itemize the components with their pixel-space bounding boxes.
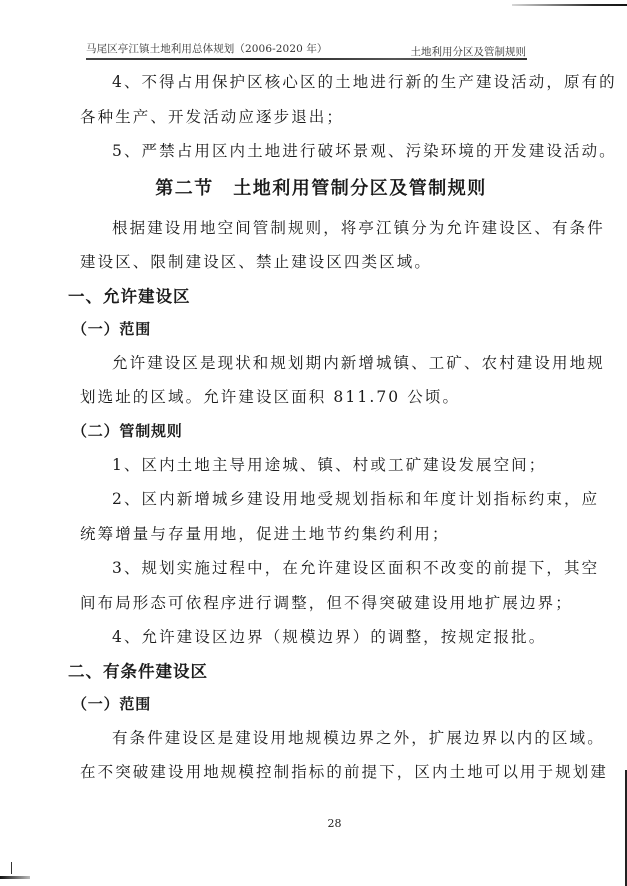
zone1-scope-line2: 划选址的区域。允许建设区面积 811.70 公顷。 xyxy=(80,380,550,415)
paragraph-item-5: 5、严禁占用区内土地进行破坏景观、污染环境的开发建设活动。 xyxy=(80,134,550,169)
zone2-scope-line1: 有条件建设区是建设用地规模边界之外，扩展边界以内的区域。 xyxy=(80,721,550,756)
zone1-rules-heading: （二）管制规则 xyxy=(72,415,550,448)
scan-artifact-bottom xyxy=(0,876,30,879)
zone1-scope-line1: 允许建设区是现状和规划期内新增城镇、工矿、农村建设用地规 xyxy=(80,346,550,381)
zone2-scope-line2: 在不突破建设用地规模控制指标的前提下，区内土地可以用于规划建 xyxy=(80,755,550,790)
zone1-rule-3-line1: 3、规划实施过程中，在允许建设区面积不改变的前提下，其空 xyxy=(80,551,550,586)
page-number: 28 xyxy=(0,817,627,830)
zone1-rule-3-line2: 间布局形态可依程序进行调整，但不得突破建设用地扩展边界； xyxy=(80,586,550,621)
document-title: 马尾区亭江镇土地利用总体规划（2006-2020 年） xyxy=(86,41,328,56)
zone2-heading: 二、有条件建设区 xyxy=(68,655,550,688)
paragraph-item-4-line2: 各种生产、开发活动应逐步退出； xyxy=(80,100,550,135)
paragraph-item-4-line1: 4、不得占用保护区核心区的土地进行新的生产建设活动，原有的 xyxy=(80,65,550,100)
zone1-rule-1: 1、区内土地主导用途城、镇、村或工矿建设发展空间； xyxy=(80,448,550,483)
intro-line1: 根据建设用地空间管制规则，将亭江镇分为允许建设区、有条件 xyxy=(80,211,550,246)
section-title: 第二节 土地利用管制分区及管制规则 xyxy=(80,169,550,209)
scan-artifact-top xyxy=(512,4,627,6)
zone1-rule-2-line2: 统筹增量与存量用地，促进土地节约集约利用； xyxy=(80,517,550,552)
zone2-scope-heading: （一）范围 xyxy=(72,688,550,721)
zone1-rule-4: 4、允许建设区边界（规模边界）的调整，按规定报批。 xyxy=(80,620,550,655)
chapter-title: 土地利用分区及管制规则 xyxy=(411,44,527,59)
intro-line2: 建设区、限制建设区、禁止建设区四类区域。 xyxy=(80,245,550,280)
scan-artifact-tick xyxy=(11,862,12,874)
running-header: 马尾区亭江镇土地利用总体规划（2006-2020 年） 土地利用分区及管制规则 xyxy=(86,37,526,57)
header-rule xyxy=(86,58,527,60)
zone1-rule-2-line1: 2、区内新增城乡建设用地受规划指标和年度计划指标约束，应 xyxy=(80,482,550,517)
page-body: 4、不得占用保护区核心区的土地进行新的生产建设活动，原有的 各种生产、开发活动应… xyxy=(80,65,550,790)
zone1-scope-heading: （一）范围 xyxy=(72,313,550,346)
zone1-heading: 一、允许建设区 xyxy=(68,280,550,313)
